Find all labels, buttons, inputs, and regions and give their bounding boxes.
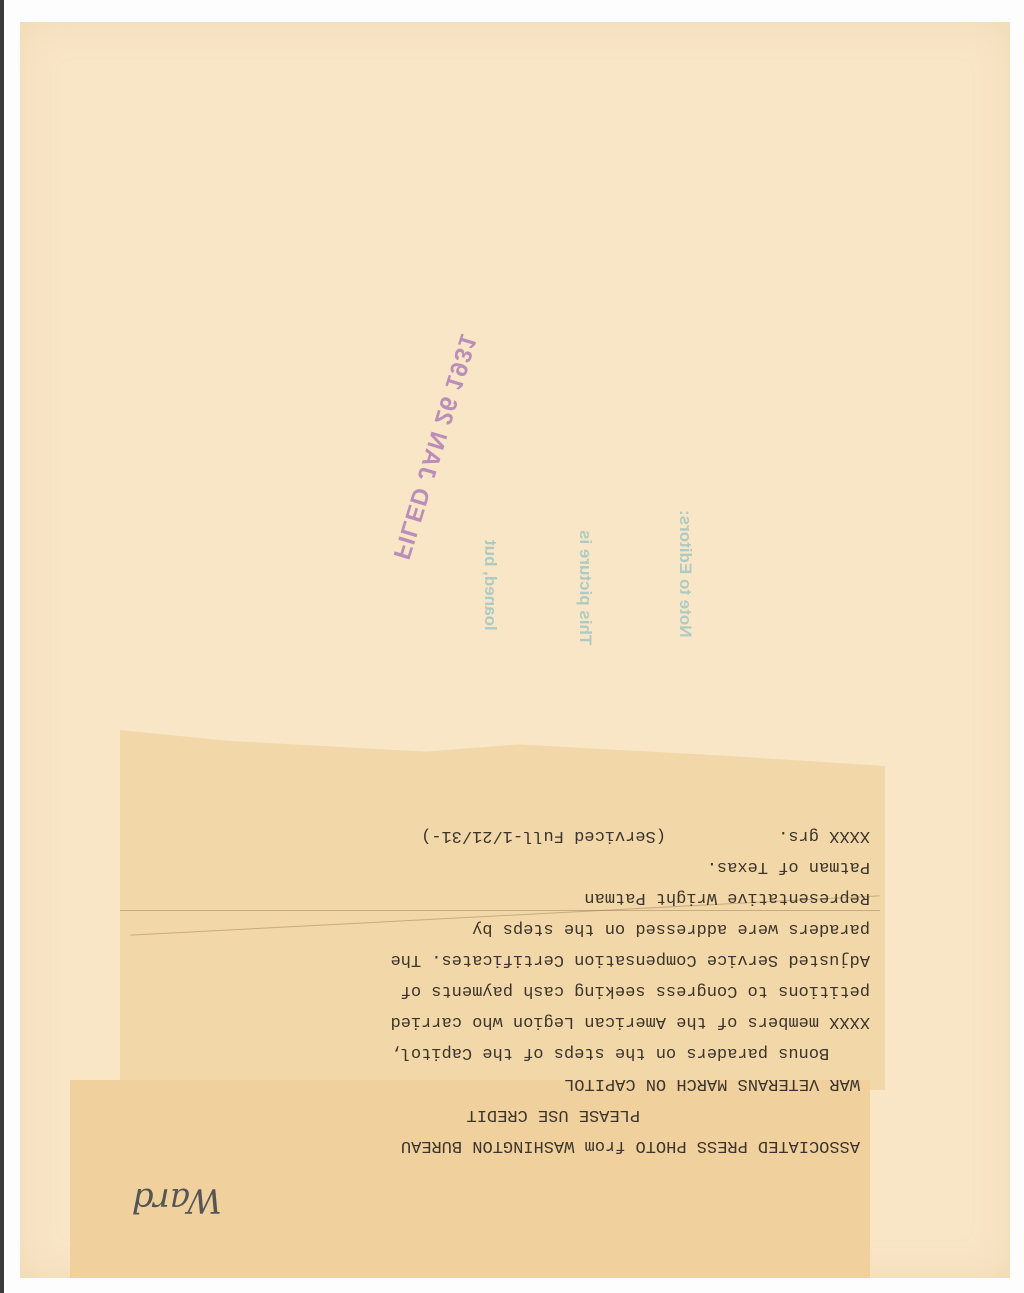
scan-edge	[0, 0, 4, 1293]
note-line-3: loaned, but	[480, 540, 500, 631]
caption-body-5: paraders were addressed on the steps by	[120, 913, 870, 944]
caption-body-7: Patman of Texas.	[120, 851, 870, 882]
caption-body-6: Representative Wright Patman	[120, 882, 870, 913]
caption-footer: XXXX grs. (Serviced Full-1/21/31-)	[120, 820, 870, 851]
caption-footer-right: (Serviced Full-1/21/31-)	[421, 826, 666, 845]
handwritten-signature: Ward	[112, 1150, 222, 1220]
caption-body-3: petitions to Congress seeking cash payme…	[120, 975, 870, 1006]
caption-typed-text: ASSOCIATED PRESS PHOTO from WASHINGTON B…	[120, 820, 870, 1161]
note-line-1: Note to Editors:	[675, 510, 695, 638]
note-to-editors-stamp: Note to Editors: This picture is loaned,…	[470, 510, 720, 750]
caption-header-2: PLEASE USE CREDIT	[120, 1099, 870, 1130]
caption-body-1: Bonus paraders on the steps of the Capit…	[120, 1037, 870, 1068]
note-line-2: This picture is	[575, 530, 595, 645]
caption-footer-left: XXXX grs.	[778, 826, 870, 845]
caption-title: WAR VETERANS MARCH ON CAPITOL	[120, 1068, 870, 1099]
caption-body-4: Adjusted Service Compensation Certificat…	[120, 944, 870, 975]
caption-header-1: ASSOCIATED PRESS PHOTO from WASHINGTON B…	[120, 1130, 870, 1161]
caption-body-2: XXXX members of the American Legion who …	[120, 1006, 870, 1037]
